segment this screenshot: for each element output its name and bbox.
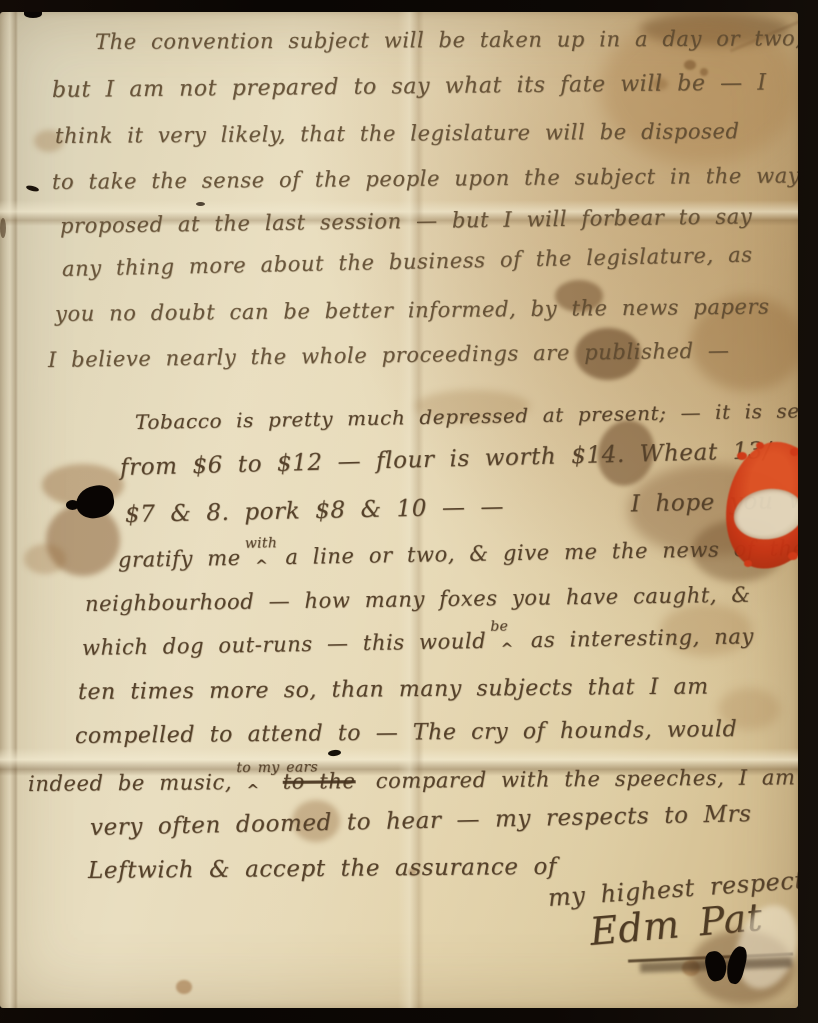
insertion-mark: be ^: [501, 637, 517, 647]
letter-line: ten times more so, than many subjects th…: [78, 674, 709, 705]
left-fold-crease: [0, 12, 18, 1008]
line-text: as interesting, nay: [531, 624, 754, 652]
letter-line: Tobacco is pretty much depressed at pres…: [135, 398, 798, 434]
inserted-word: to my ears: [236, 759, 318, 776]
wax-seal-missing-center: [730, 484, 798, 544]
ink-speck: [0, 218, 6, 238]
letter-line: any thing more about the business of the…: [62, 243, 753, 281]
letter-line: but I am not prepared to say what its fa…: [52, 71, 767, 103]
paper-hole: [74, 483, 117, 521]
tear-hole: [703, 949, 729, 983]
line-text: which dog out-runs — this would: [82, 629, 487, 660]
letter-line: from $6 to $12 — flour is worth $14. Whe…: [120, 438, 772, 481]
letter-line: The convention subject will be taken up …: [95, 26, 798, 54]
ink-speck: [26, 185, 40, 193]
stain: [684, 60, 696, 70]
inserted-word: with: [245, 535, 278, 552]
wax-seal-speck: [790, 448, 798, 456]
paper-hole: [66, 500, 79, 510]
letter-line: think it very likely, that the legislatu…: [55, 119, 740, 148]
line-text: compared with the speeches, I am: [376, 765, 796, 793]
stain: [682, 960, 700, 976]
line-text: a line or two, & give me the news of the: [285, 536, 798, 569]
letter-line: which dog out-runs — this would be ^ as …: [82, 624, 754, 660]
line-text: gratify me: [118, 546, 241, 572]
letter-line: to take the sense of the people upon the…: [52, 163, 798, 194]
scan-background: The convention subject will be taken up …: [0, 0, 818, 1023]
caret-icon: ^: [501, 639, 514, 657]
wax-seal-speck: [744, 560, 752, 567]
ink-speck: [328, 749, 342, 756]
stain: [24, 544, 66, 574]
tear-hole: [724, 945, 750, 986]
letter-line: gratify me with ^ a line or two, & give …: [118, 536, 798, 572]
wax-seal-speck: [737, 452, 747, 460]
edge-notch: [24, 12, 42, 18]
letter-paper: The convention subject will be taken up …: [0, 12, 798, 1008]
caret-icon: ^: [255, 556, 268, 574]
caret-icon: ^: [246, 781, 259, 799]
letter-line: proposed at the last session — but I wil…: [60, 204, 753, 238]
letter-line: neighbourhood — how many foxes you have …: [85, 583, 751, 616]
letter-line: you no doubt can be better informed, by …: [55, 295, 770, 326]
letter-line: Leftwich & accept the assurance of: [88, 854, 557, 884]
line-text: $7 & 8. pork $8 & 10 — —: [125, 494, 505, 528]
ink-speck: [196, 202, 205, 206]
letter-line: indeed be music, to my ears ^ to the com…: [28, 765, 796, 796]
insertion-mark: with ^: [255, 554, 271, 564]
wax-seal-speck: [756, 442, 764, 449]
letter-line: $7 & 8. pork $8 & 10 — — I hope you will: [125, 487, 798, 528]
letter-line: compelled to attend to — The cry of houn…: [75, 717, 738, 749]
inserted-word: be: [490, 619, 508, 635]
stain: [176, 980, 192, 994]
letter-line: I believe nearly the whole proceedings a…: [48, 338, 730, 372]
wax-seal-speck: [788, 552, 798, 560]
letter-line: very often doomed to hear — my respects …: [90, 801, 752, 841]
line-text: indeed be music,: [28, 770, 232, 796]
insertion-mark: to my ears ^: [246, 779, 262, 789]
